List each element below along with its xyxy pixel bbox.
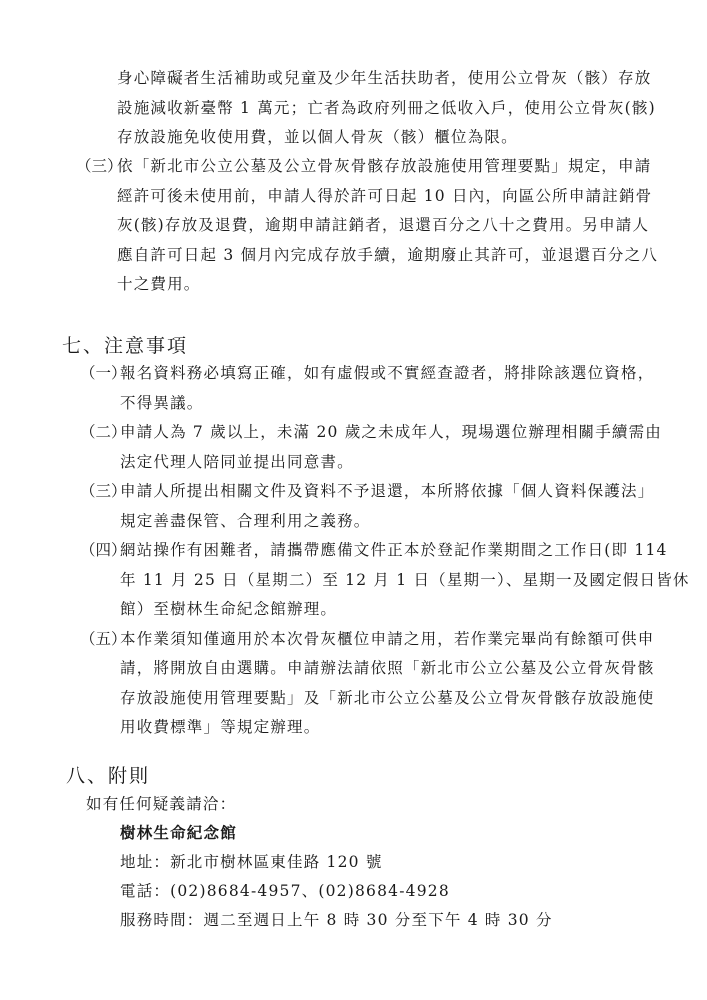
paragraph-line: 本作業須知僅適用於本次骨灰櫃位申請之用，若作業完畢尚有餘額可供申 xyxy=(120,629,654,649)
section-heading: 八、附則 xyxy=(66,764,150,788)
paragraph-line: 規定善盡保管、合理利用之義務。 xyxy=(120,511,371,531)
contact-phone: 電話：(02)8684-4957、(02)8684-4928 xyxy=(120,881,450,901)
paragraph-line: 申請人所提出相關文件及資料不予退還，本所將依據「個人資料保護法」 xyxy=(120,481,654,501)
paragraph-line: 請，將開放自由選購。申請辦法請依照「新北市公立公墓及公立骨灰骨骸 xyxy=(120,658,654,678)
paragraph-line: 用收費標準」等規定辦理。 xyxy=(120,717,320,737)
paragraph-line: 經許可後未使用前，申請人得於許可日起 10 日內，向區公所申請註銷骨 xyxy=(117,186,652,206)
paragraph-line: 設施減收新臺幣 1 萬元；亡者為政府列冊之低收入戶，使用公立骨灰(骸) xyxy=(117,98,656,118)
paragraph-line: 網站操作有困難者，請攜帶應備文件正本於登記作業期間之工作日(即 114 xyxy=(120,540,668,560)
paragraph-line: 身心障礙者生活補助或兒童及少年生活扶助者，使用公立骨灰（骸）存放 xyxy=(117,68,651,88)
paragraph-line: 依「新北市公立公墓及公立骨灰骨骸存放設施使用管理要點」規定，申請 xyxy=(117,156,651,176)
paragraph-line: 申請人為 7 歲以上，未滿 20 歲之未成年人，現場選位辦理相關手續需由 xyxy=(120,422,662,442)
list-marker: （三） xyxy=(76,156,123,176)
paragraph-line: 法定代理人陪同並提出同意書。 xyxy=(120,452,354,472)
organization-name: 樹林生命紀念館 xyxy=(120,823,237,843)
paragraph-line: 十之費用。 xyxy=(117,274,201,294)
paragraph-line: 年 11 月 25 日（星期二）至 12 月 1 日（星期一）、星期一及國定假日… xyxy=(120,570,690,590)
section-heading: 七、注意事項 xyxy=(62,334,188,358)
contact-address: 地址：新北市樹林區東佳路 120 號 xyxy=(120,852,383,872)
paragraph-line: 應自許可日起 3 個月內完成存放手續，逾期廢止其許可，並退還百分之八 xyxy=(117,245,658,265)
paragraph-line: 館）至樹林生命紀念館辦理。 xyxy=(120,599,337,619)
paragraph-line: 灰(骸)存放及退費，逾期申請註銷者，退還百分之八十之費用。另申請人 xyxy=(117,215,649,235)
contact-intro: 如有任何疑義請洽： xyxy=(86,794,236,814)
paragraph-line: 報名資料務必填寫正確，如有虛假或不實經查證者，將排除該選位資格， xyxy=(120,363,654,383)
paragraph-line: 不得異議。 xyxy=(120,393,204,413)
paragraph-line: 存放設施免收使用費，並以個人骨灰（骸）櫃位為限。 xyxy=(117,127,518,147)
paragraph-line: 存放設施使用管理要點」及「新北市公立公墓及公立骨灰骨骸存放設施使 xyxy=(120,688,654,708)
contact-hours: 服務時間：週二至週日上午 8 時 30 分至下午 4 時 30 分 xyxy=(120,910,553,930)
